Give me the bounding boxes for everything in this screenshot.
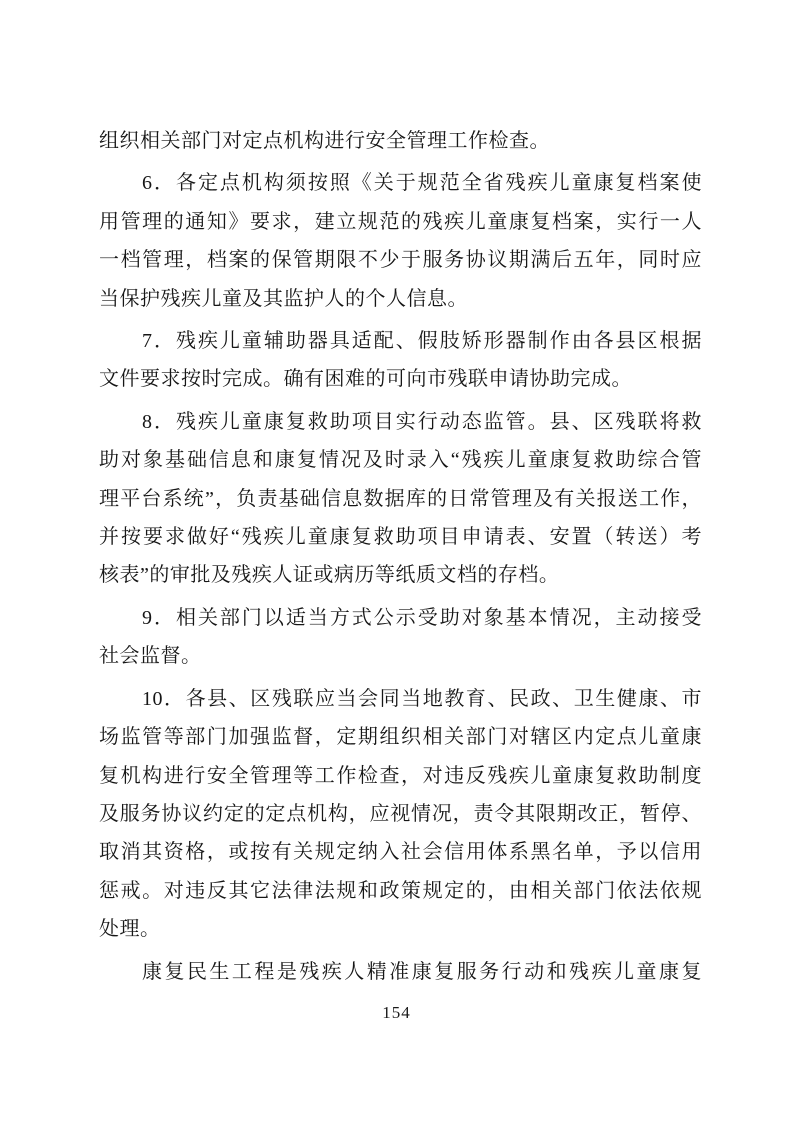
text-line: 场监管等部门加强监督，定期组织相关部门对辖区内定点儿童康 <box>99 718 702 756</box>
text-line: 惩戒。对违反其它法律法规和政策规定的，由相关部门依法依规 <box>99 872 702 910</box>
text-line: 取消其资格，或按有关规定纳入社会信用体系黑名单，予以信用 <box>99 833 702 871</box>
text-line: 用管理的通知》要求，建立规范的残疾儿童康复档案，实行一人 <box>99 203 702 241</box>
text-line: 组织相关部门对定点机构进行安全管理工作检查。 <box>99 122 702 160</box>
text-line: 7．残疾儿童辅助器具适配、假肢矫形器制作由各县区根据 <box>99 322 702 360</box>
text-line: 10．各县、区残联应当会同当地教育、民政、卫生健康、市 <box>99 680 702 718</box>
text-line: 一档管理，档案的保管期限不少于服务协议期满后五年，同时应 <box>99 241 702 279</box>
document-page: 组织相关部门对定点机构进行安全管理工作检查。 6．各定点机构须按照《关于规范全省… <box>0 0 793 1122</box>
text-line: 康复民生工程是残疾人精准康复服务行动和残疾儿童康复 <box>99 953 702 991</box>
text-line: 复机构进行安全管理等工作检查，对违反残疾儿童康复救助制度 <box>99 757 702 795</box>
text-line: 及服务协议约定的定点机构，应视情况，责令其限期改正，暂停、 <box>99 795 702 833</box>
text-line: 助对象基础信息和康复情况及时录入“残疾儿童康复救助综合管 <box>99 441 702 479</box>
text-line: 社会监督。 <box>99 637 702 675</box>
text-line: 8．残疾儿童康复救助项目实行动态监管。县、区残联将救 <box>99 403 702 441</box>
text-line: 当保护残疾儿童及其监护人的个人信息。 <box>99 280 702 318</box>
document-body: 组织相关部门对定点机构进行安全管理工作检查。 6．各定点机构须按照《关于规范全省… <box>99 122 702 991</box>
text-line: 文件要求按时完成。确有困难的可向市残联申请协助完成。 <box>99 360 702 398</box>
page-number: 154 <box>0 1003 793 1023</box>
text-line: 核表”的审批及残疾人证或病历等纸质文档的存档。 <box>99 556 702 594</box>
text-line: 理平台系统”，负责基础信息数据库的日常管理及有关报送工作， <box>99 480 702 518</box>
text-line: 处理。 <box>99 910 702 948</box>
text-line: 6．各定点机构须按照《关于规范全省残疾儿童康复档案使 <box>99 164 702 202</box>
text-line: 并按要求做好“残疾儿童康复救助项目申请表、安置（转送）考 <box>99 518 702 556</box>
text-line: 9．相关部门以适当方式公示受助对象基本情况，主动接受 <box>99 599 702 637</box>
